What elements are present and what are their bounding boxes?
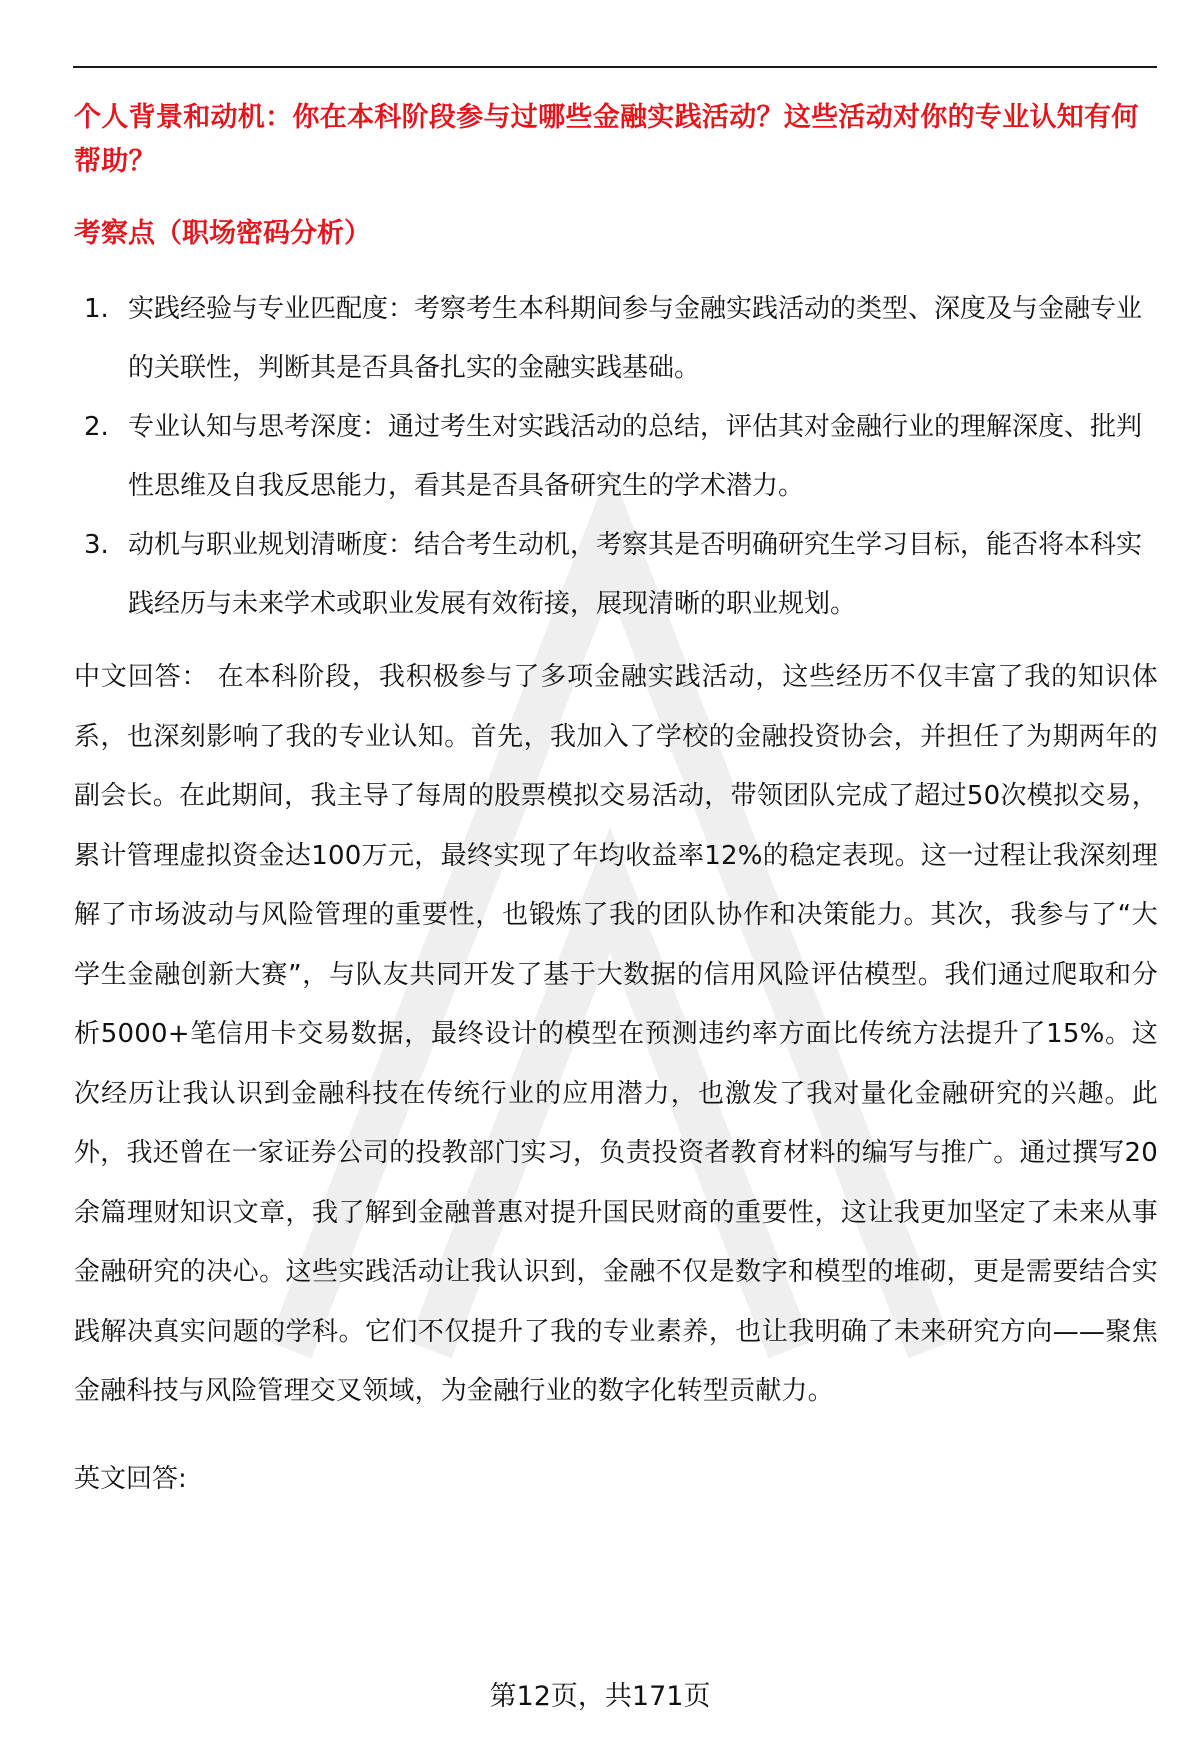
list-number: 1. — [84, 280, 109, 339]
list-number: 3. — [84, 516, 109, 575]
list-item-text: 专业认知与思考深度：通过考生对实践活动的总结，评估其对金融行业的理解深度、批判性… — [128, 412, 1142, 501]
section-title: 考察点（职场密码分析） — [74, 214, 1158, 254]
evaluation-points-list: 1. 实践经验与专业匹配度：考察考生本科期间参与金融实践活动的类型、深度及与金融… — [74, 280, 1158, 634]
list-number: 2. — [84, 398, 109, 457]
document-body: 个人背景和动机：你在本科阶段参与过哪些金融实践活动？这些活动对你的专业认知有何帮… — [74, 96, 1158, 1509]
list-item-text: 动机与职业规划清晰度：结合考生动机，考察其是否明确研究生学习目标，能否将本科实践… — [128, 530, 1142, 619]
list-item: 3. 动机与职业规划清晰度：结合考生动机，考察其是否明确研究生学习目标，能否将本… — [74, 516, 1158, 634]
list-item: 1. 实践经验与专业匹配度：考察考生本科期间参与金融实践活动的类型、深度及与金融… — [74, 280, 1158, 398]
list-item: 2. 专业认知与思考深度：通过考生对实践活动的总结，评估其对金融行业的理解深度、… — [74, 398, 1158, 516]
chinese-answer-text: 在本科阶段，我积极参与了多项金融实践活动，这些经历不仅丰富了我的知识体系，也深刻… — [74, 662, 1158, 1406]
chinese-answer-paragraph: 中文回答： 在本科阶段，我积极参与了多项金融实践活动，这些经历不仅丰富了我的知识… — [74, 648, 1158, 1422]
question-title: 个人背景和动机：你在本科阶段参与过哪些金融实践活动？这些活动对你的专业认知有何帮… — [74, 96, 1158, 184]
chinese-answer-label: 中文回答： — [74, 662, 208, 692]
english-answer-label: 英文回答: — [74, 1450, 1158, 1509]
page-indicator: 第12页，共171页 — [0, 1675, 1200, 1719]
header-rule — [73, 66, 1157, 68]
list-item-text: 实践经验与专业匹配度：考察考生本科期间参与金融实践活动的类型、深度及与金融专业的… — [128, 294, 1142, 383]
